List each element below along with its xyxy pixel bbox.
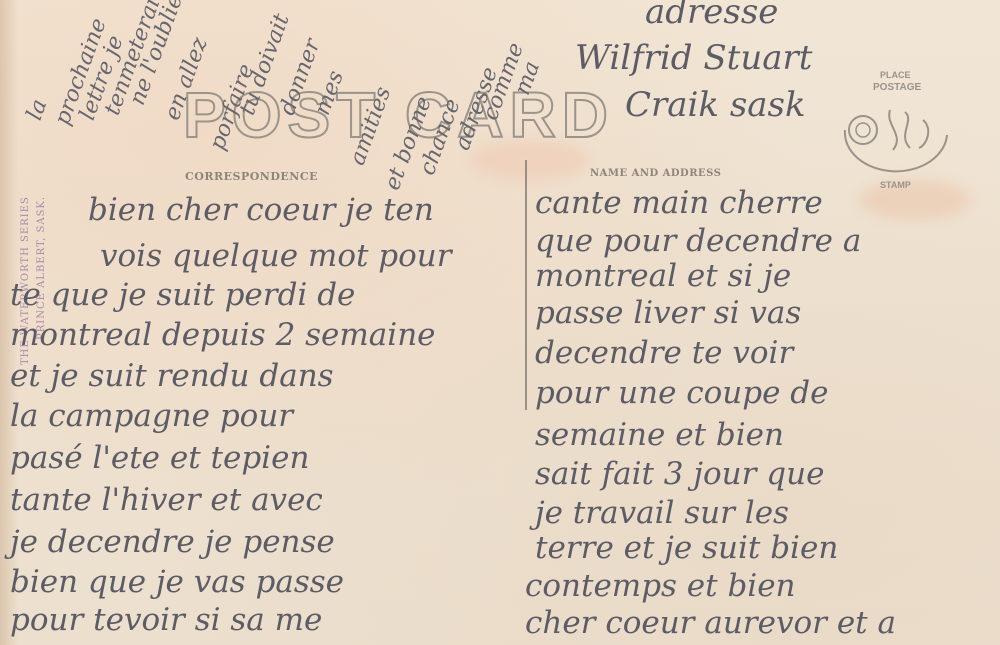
- stamp-monogram-icon: [835, 90, 955, 175]
- message-line: cante main cherre: [535, 185, 823, 221]
- stamp-box: PLACE POSTAGE STAMP: [835, 62, 965, 202]
- message-line: pour une coupe de: [535, 375, 829, 411]
- message-line: semaine et bien: [535, 417, 784, 453]
- message-line: montreal depuis 2 semaine: [10, 317, 436, 353]
- message-line: vois quelque mot pour: [100, 238, 452, 274]
- message-line: montreal et si je: [535, 258, 791, 294]
- name-address-label: NAME AND ADDRESS: [590, 168, 721, 179]
- message-line: contemps et bien: [525, 568, 796, 604]
- message-line: pasé l'ete et tepien: [10, 440, 309, 476]
- message-line: passe liver si vas: [535, 295, 801, 331]
- message-line: que pour decendre a: [535, 223, 861, 259]
- address-name: Wilfrid Stuart: [575, 38, 812, 78]
- address-heading: adresse: [645, 0, 778, 32]
- message-line: et je suit rendu dans: [10, 358, 334, 394]
- message-line: je travail sur les: [535, 495, 789, 531]
- postcard-back: POST CARD CORRESPONDENCE NAME AND ADDRES…: [0, 0, 1000, 645]
- message-line: cher coeur aurevor et a: [525, 605, 896, 641]
- message-line: bien cher coeur je ten: [88, 192, 434, 228]
- stamp-label: STAMP: [880, 180, 911, 190]
- message-line: pour tevoir si sa me: [10, 602, 322, 638]
- address-city: Craik sask: [625, 85, 806, 125]
- message-line: sait fait 3 jour que: [535, 456, 824, 492]
- stamp-place-label: PLACE: [880, 70, 911, 80]
- message-line: terre et je suit bien: [535, 530, 838, 566]
- message-line: decendre te voir: [535, 335, 793, 371]
- message-line: la campagne pour: [10, 398, 293, 434]
- correspondence-label: CORRESPONDENCE: [185, 170, 318, 183]
- message-line: te que je suit perdi de: [10, 277, 355, 313]
- message-line: tante l'hiver et avec: [10, 482, 323, 518]
- message-line: bien que je vas passe: [10, 564, 344, 600]
- message-line: je decendre je pense: [10, 524, 335, 560]
- center-divider: [525, 160, 527, 410]
